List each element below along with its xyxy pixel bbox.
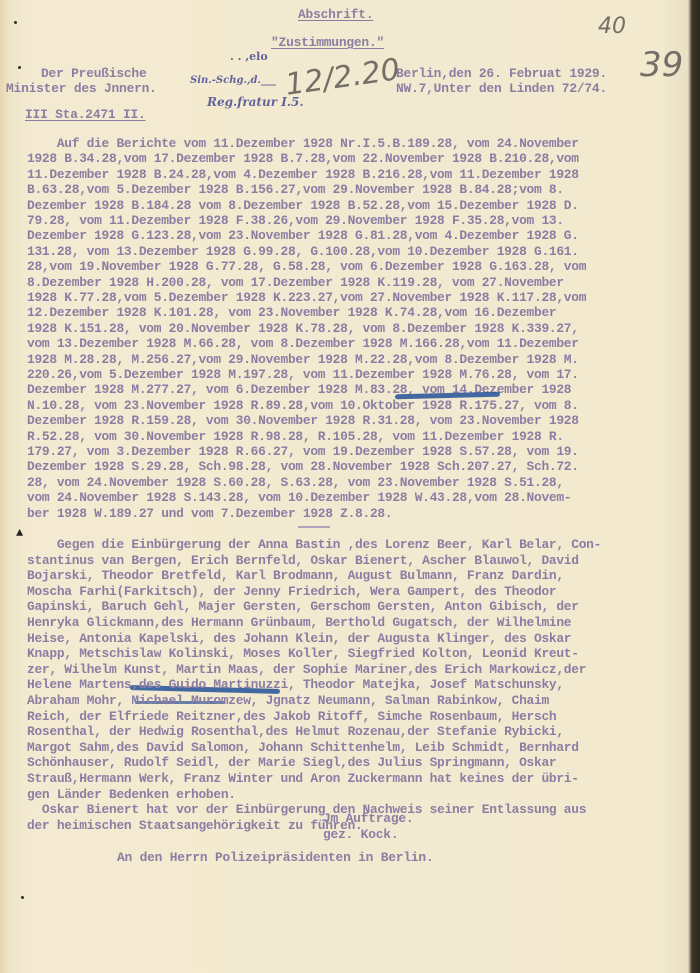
body-line: Dezember 1928 G.123.28,vom 23.November 1… <box>27 228 579 243</box>
signature-line-1: Jm Auftrage. <box>323 811 413 826</box>
section-divider <box>298 526 330 528</box>
body-line: N.10.28, vom 23.November 1928 R.89.28,vo… <box>27 398 579 413</box>
document-title: Abschrift. <box>298 7 373 22</box>
names-line: Henryka Glickmann,des Hermann Grünbaum, … <box>27 615 571 630</box>
margin-mark <box>18 66 21 69</box>
registry-stamp-line-1: Sin.-Schg.,d.___ <box>190 75 276 86</box>
names-line: Bojarski, Theodor Bretfeld, Karl Brodman… <box>27 568 564 583</box>
sender-address: NW.7,Unter den Linden 72/74. <box>396 81 607 96</box>
place-date: Berlin,den 26. Februat 1929. <box>396 66 607 81</box>
body-line: Auf die Berichte vom 11.Dezember 1928 Nr… <box>27 136 579 151</box>
body-line: B.63.28,vom 5.Dezember 1928 B.156.27,vom… <box>27 182 564 197</box>
recipient-line: An den Herrn Polizeipräsidenten in Berli… <box>117 850 434 865</box>
body-line: Dezember 1928 R.159.28, vom 30.November … <box>27 413 579 428</box>
body-line: 1928 K.77.28,vom 5.Dezember 1928 K.223.2… <box>27 290 586 305</box>
body-line: 28, vom 24.November 1928 S.60.28, S.63.2… <box>27 475 564 490</box>
margin-arrow-mark: ▲ <box>16 526 23 540</box>
body-line: 11.Dezember 1928 B.24.28,vom 4.Dezember … <box>27 167 579 182</box>
body-line: Dezember 1928 B.184.28 vom 8.Dezember 19… <box>27 198 579 213</box>
names-line: Schönhauser, Rudolf Seidl, der Marie Sie… <box>27 755 556 770</box>
pencil-stamp-scribble: 12/2.20 <box>283 52 402 103</box>
signature-line-2: gez. Kock. <box>323 827 398 842</box>
sender-line-1: Der Preußische <box>41 66 147 81</box>
names-line: Oskar Bienert hat vor der Einbürgerung d… <box>27 802 586 817</box>
names-line: stantinus van Bergen, Erich Bernfeld, Os… <box>27 553 579 568</box>
pencil-page-number: 40 <box>598 14 626 39</box>
names-line: der heimischen Staatsangehörigkeit zu fü… <box>27 818 363 833</box>
body-line: vom 24.November 1928 S.143.28, vom 10.De… <box>27 490 571 505</box>
names-line: Margot Sahm,des David Salomon, Johann Sc… <box>27 740 579 755</box>
body-line: 220.26,vom 5.Dezember 1928 M.197.28, vom… <box>27 367 579 382</box>
document-page: Abschrift. "Zustimmungen." Der Preußisch… <box>0 0 700 973</box>
names-line: Gegen die Einbürgerung der Anna Bastin ,… <box>27 537 601 552</box>
names-line: zer, Wilhelm Kunst, Martin Maas, der Sop… <box>27 662 586 677</box>
body-line: R.52.28, vom 30.November 1928 R.98.28, R… <box>27 429 564 444</box>
registry-stamp-line-0: . . ,elo <box>230 50 268 63</box>
body-line: 8.Dezember 1928 H.200.28, vom 17.Dezembe… <box>27 275 564 290</box>
names-line: Heise, Antonia Kapelski, des Johann Klei… <box>27 631 571 646</box>
body-line: vom 13.Dezember 1928 M.66.28, vom 8.Deze… <box>27 336 579 351</box>
sender-line-2: Minister des Jnnern. <box>6 81 157 96</box>
pencil-folio-number: 39 <box>640 45 683 85</box>
body-line: ber 1928 W.189.27 und vom 7.Dezember 192… <box>27 506 392 521</box>
body-line: Dezember 1928 S.29.28, Sch.98.28, vom 28… <box>27 459 579 474</box>
body-line: 28,vom 19.November 1928 G.77.28, G.58.28… <box>27 259 586 274</box>
margin-mark <box>14 21 17 24</box>
names-line: Knapp, Metschislaw Kolinski, Moses Kolle… <box>27 646 579 661</box>
body-line: 12.Dezember 1928 K.101.28, vom 23.Novemb… <box>27 305 556 320</box>
reference-number: III Sta.2471 II. <box>25 107 146 122</box>
names-line: Strauß,Hermann Werk, Franz Winter und Ar… <box>27 771 579 786</box>
names-line: Reich, der Elfriede Reitzner,des Jakob R… <box>27 709 556 724</box>
names-line: Gapinski, Baruch Gehl, Majer Gersten, Ge… <box>27 599 579 614</box>
document-subtitle: "Zustimmungen." <box>271 35 384 50</box>
margin-mark <box>21 896 24 899</box>
names-line: Helene Martens,des Guido Martinuzzi, The… <box>27 677 564 692</box>
body-line: 1928 K.151.28, vom 20.November 1928 K.78… <box>27 321 579 336</box>
names-line: Rosenthal, der Hedwig Rosenthal,des Helm… <box>27 724 564 739</box>
body-line: 79.28, vom 11.Dezember 1928 F.38.26,vom … <box>27 213 564 228</box>
body-line: 1928 M.28.28, M.256.27,vom 29.November 1… <box>27 352 579 367</box>
names-line: gen Länder Bedenken erhoben. <box>27 787 236 802</box>
names-line: Moscha Farhi(Farkitsch), der Jenny Fried… <box>27 584 556 599</box>
body-line: 131.28, vom 13.Dezember 1928 G.99.28, G.… <box>27 244 579 259</box>
body-line: 1928 B.34.28,vom 17.Dezember 1928 B.7.28… <box>27 151 579 166</box>
body-line: 179.27, vom 3.Dezember 1928 R.66.27, vom… <box>27 444 579 459</box>
names-line: Abraham Mohr, Michael Muromzew, Jgnatz N… <box>27 693 549 708</box>
